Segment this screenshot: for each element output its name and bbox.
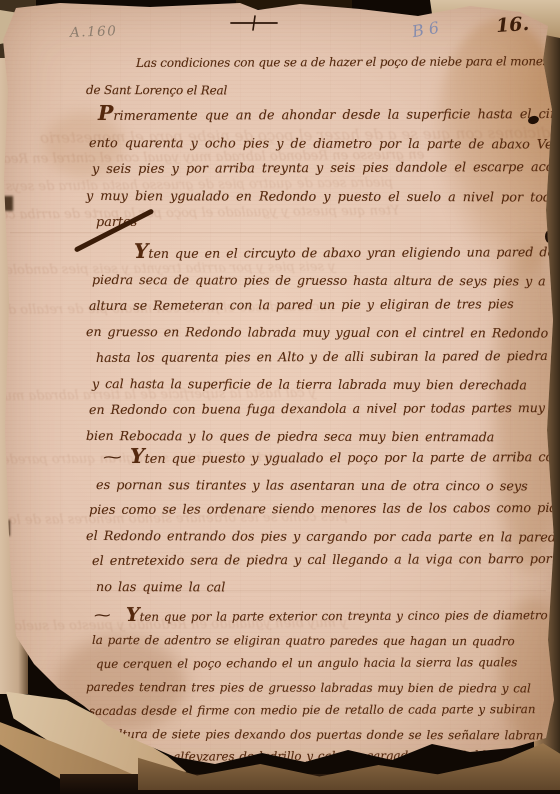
manuscript-line: no las quime la cal (96, 575, 560, 602)
manuscript-line: que cerquen el poço echando el un angulo… (96, 651, 560, 676)
manuscript-line: Yten que puesto y ygualado el poço por l… (130, 442, 560, 473)
manuscript-line: y seis pies y por arriba treynta y seis … (92, 155, 560, 184)
archive-shelfmark-pencil: A.160 (70, 23, 118, 41)
manuscript-line: pies como se les ordenare siendo menores… (89, 496, 560, 524)
manuscript-line: hasta los quarenta pies en Alto y de all… (96, 343, 560, 371)
manuscript-scan: en gruesso en Redondo labrada muy ygual … (0, 0, 560, 794)
manuscript-page: en gruesso en Redondo labrada muy ygual … (0, 0, 560, 794)
manuscript-line: sacadas desde el firme con medio pie de … (89, 698, 560, 724)
title-line: Las condiciones con que se a de hazer el… (136, 48, 560, 77)
manuscript-line: Primeramente que an de ahondar desde la … (98, 98, 560, 131)
archive-mark-blue-pencil: B 6 (411, 18, 441, 41)
paragraph: Yten que puesto y ygualado el poço por l… (86, 444, 560, 601)
document-title: Las condiciones con que se a de hazer el… (86, 50, 560, 104)
paragraph: Primeramente que an de ahondar desde la … (86, 100, 560, 237)
manuscript-line: partes (96, 208, 560, 237)
manuscript-line: en Redondo con buena fuga dexandola a ni… (89, 395, 560, 423)
folio-number: 16. (495, 13, 530, 37)
paragraph: Yten que en el circuyto de abaxo yran el… (86, 238, 560, 449)
invocation-cross-icon (228, 12, 280, 34)
manuscript-line: altura se Remeteran con la pared un pie … (89, 291, 560, 319)
manuscript-line: Yten que por la parte exterior con treyn… (126, 602, 560, 629)
manuscript-line: Yten que en el circuyto de abaxo yran el… (134, 236, 560, 267)
manuscript-line: el entretexido sera de piedra y cal lleg… (92, 547, 560, 575)
